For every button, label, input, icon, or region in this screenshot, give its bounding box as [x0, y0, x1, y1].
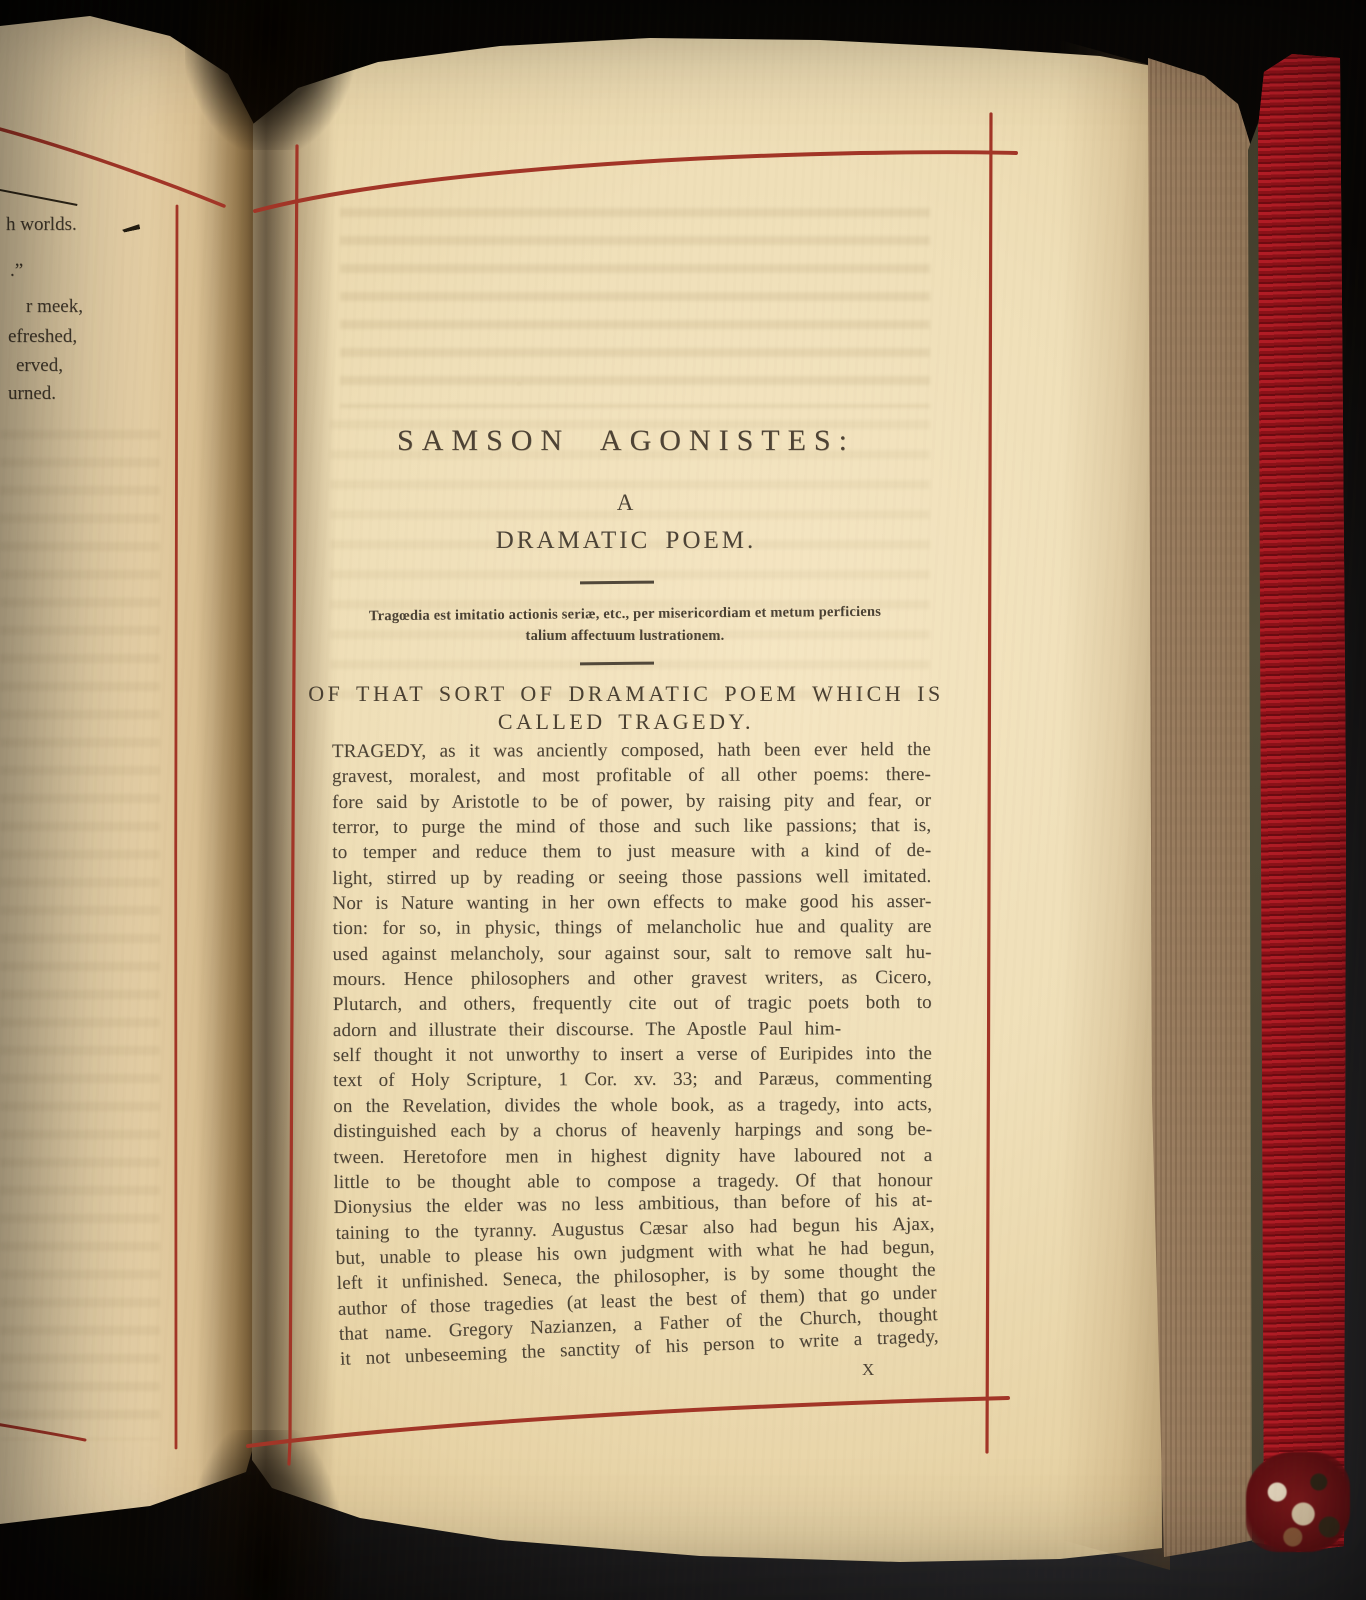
body-line: to temper and reduce them to just measur… — [332, 838, 931, 865]
body-paragraph: TRAGEDY, as it was anciently composed, h… — [332, 737, 933, 1373]
latin-epigraph-line: talium affectuum lustrationem. — [300, 628, 950, 645]
body-line: tion: for so, in physic, things of melan… — [333, 914, 932, 941]
body-line: fore said by Aristotle to be of power, b… — [332, 788, 931, 815]
body-line: text of Holy Scripture, 1 Cor. xv. 33; a… — [333, 1066, 932, 1093]
body-line: Nor is Nature wanting in her own effects… — [332, 889, 931, 916]
body-line: on the Revelation, divides the whole boo… — [333, 1092, 932, 1119]
section-heading: CALLED TRAGEDY. — [296, 709, 956, 735]
body-line: TRAGEDY, as it was anciently composed, h… — [332, 737, 931, 764]
body-line: gravest, moralest, and most profitable o… — [332, 762, 931, 789]
body-line: terror, to purge the mind of those and s… — [332, 813, 931, 840]
body-line: light, stirred up by reading or seeing t… — [332, 864, 931, 891]
body-line: Plutarch, and others, frequently cite ou… — [333, 990, 932, 1017]
body-line: adorn and illustrate their discourse. Th… — [333, 1016, 932, 1043]
body-line: distinguished each by a chorus of heaven… — [333, 1117, 932, 1144]
signature-mark: X — [862, 1360, 874, 1380]
body-line: tween. Heretofore men in highest dignity… — [333, 1142, 932, 1169]
section-heading: OF THAT SORT OF DRAMATIC POEM WHICH IS — [296, 681, 956, 707]
book-photograph: h worlds. .” r meek, efreshed, erved, ur… — [0, 0, 1366, 1600]
latin-epigraph-line: Tragœdia est imitatio actionis seriæ, et… — [300, 603, 950, 626]
ornamental-rule — [580, 662, 654, 665]
body-line: self thought it not unworthy to insert a… — [333, 1041, 932, 1068]
body-line: mours. Hence philosophers and other grav… — [333, 965, 932, 992]
right-page-content: SAMSON AGONISTES: A DRAMATIC POEM. Tragœ… — [0, 0, 1366, 1600]
title-article: A — [296, 490, 956, 516]
body-line: used against melancholy, sour against so… — [333, 940, 932, 967]
poem-title: SAMSON AGONISTES: — [296, 424, 956, 458]
ornamental-rule — [580, 581, 654, 584]
poem-subtitle: DRAMATIC POEM. — [296, 527, 956, 555]
